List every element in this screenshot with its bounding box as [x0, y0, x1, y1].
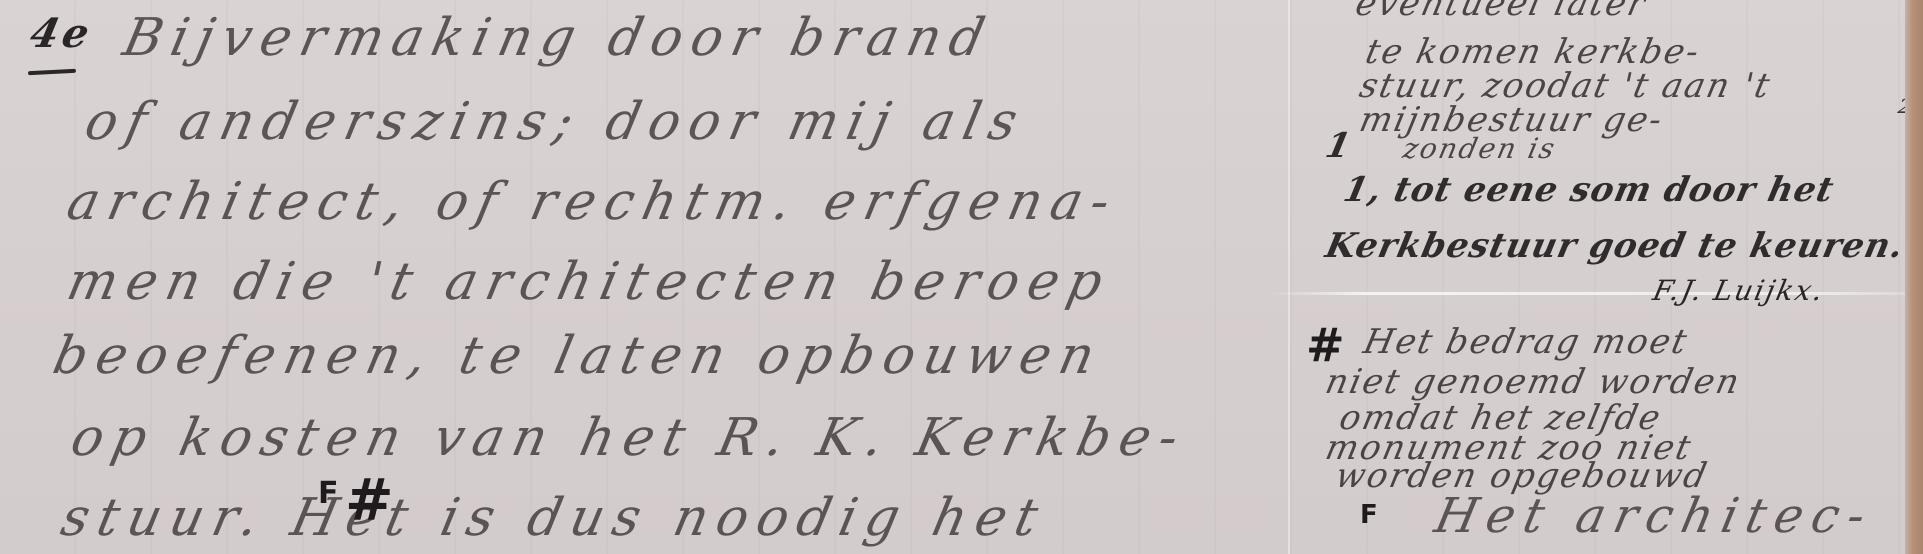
main-line-7: stuur. Het is dus noodig het	[56, 488, 1052, 548]
main-line-5: beoefenen, te laten opbouwen	[48, 326, 1109, 386]
insert-mark-hash: #	[345, 466, 398, 534]
hash-note-line-1: Het bedrag moet	[1360, 322, 1692, 362]
margin-line-7: Kerkbestuur goed te keuren.	[1322, 226, 1905, 266]
margin-divider	[1288, 0, 1290, 554]
final-line: Het architec-	[1430, 488, 1879, 544]
manuscript-page: 4e Bijvermaking door brand of anderszins…	[0, 0, 1905, 554]
signature: F.J. Luijkx.	[1650, 274, 1828, 307]
margin-line-5: zonden is	[1400, 132, 1559, 165]
main-line-2: of anderszins; door mij als	[80, 92, 1031, 152]
page-edge	[1905, 0, 1923, 554]
margin-superscript: 2	[1896, 94, 1905, 118]
item-number-underline	[28, 69, 76, 76]
margin-line-1: eventueel later	[1352, 0, 1651, 24]
item-number: 4e	[26, 10, 97, 57]
main-line-4: men die 't architecten beroep	[62, 252, 1117, 312]
main-line-3: architect, of rechtm. erfgena-	[62, 172, 1124, 232]
margin-line-6: 1, tot eene som door het	[1340, 170, 1838, 210]
main-line-1: Bijvermaking door brand	[118, 8, 999, 68]
margin-insert-number: 1	[1322, 126, 1355, 166]
insert-mark-f: F	[318, 476, 343, 511]
hash-note-line-2: niet genoemd worden	[1322, 362, 1745, 402]
main-line-6: op kosten van het R. K. Kerkbe-	[66, 408, 1193, 468]
final-insert-mark-f: F	[1360, 500, 1382, 530]
